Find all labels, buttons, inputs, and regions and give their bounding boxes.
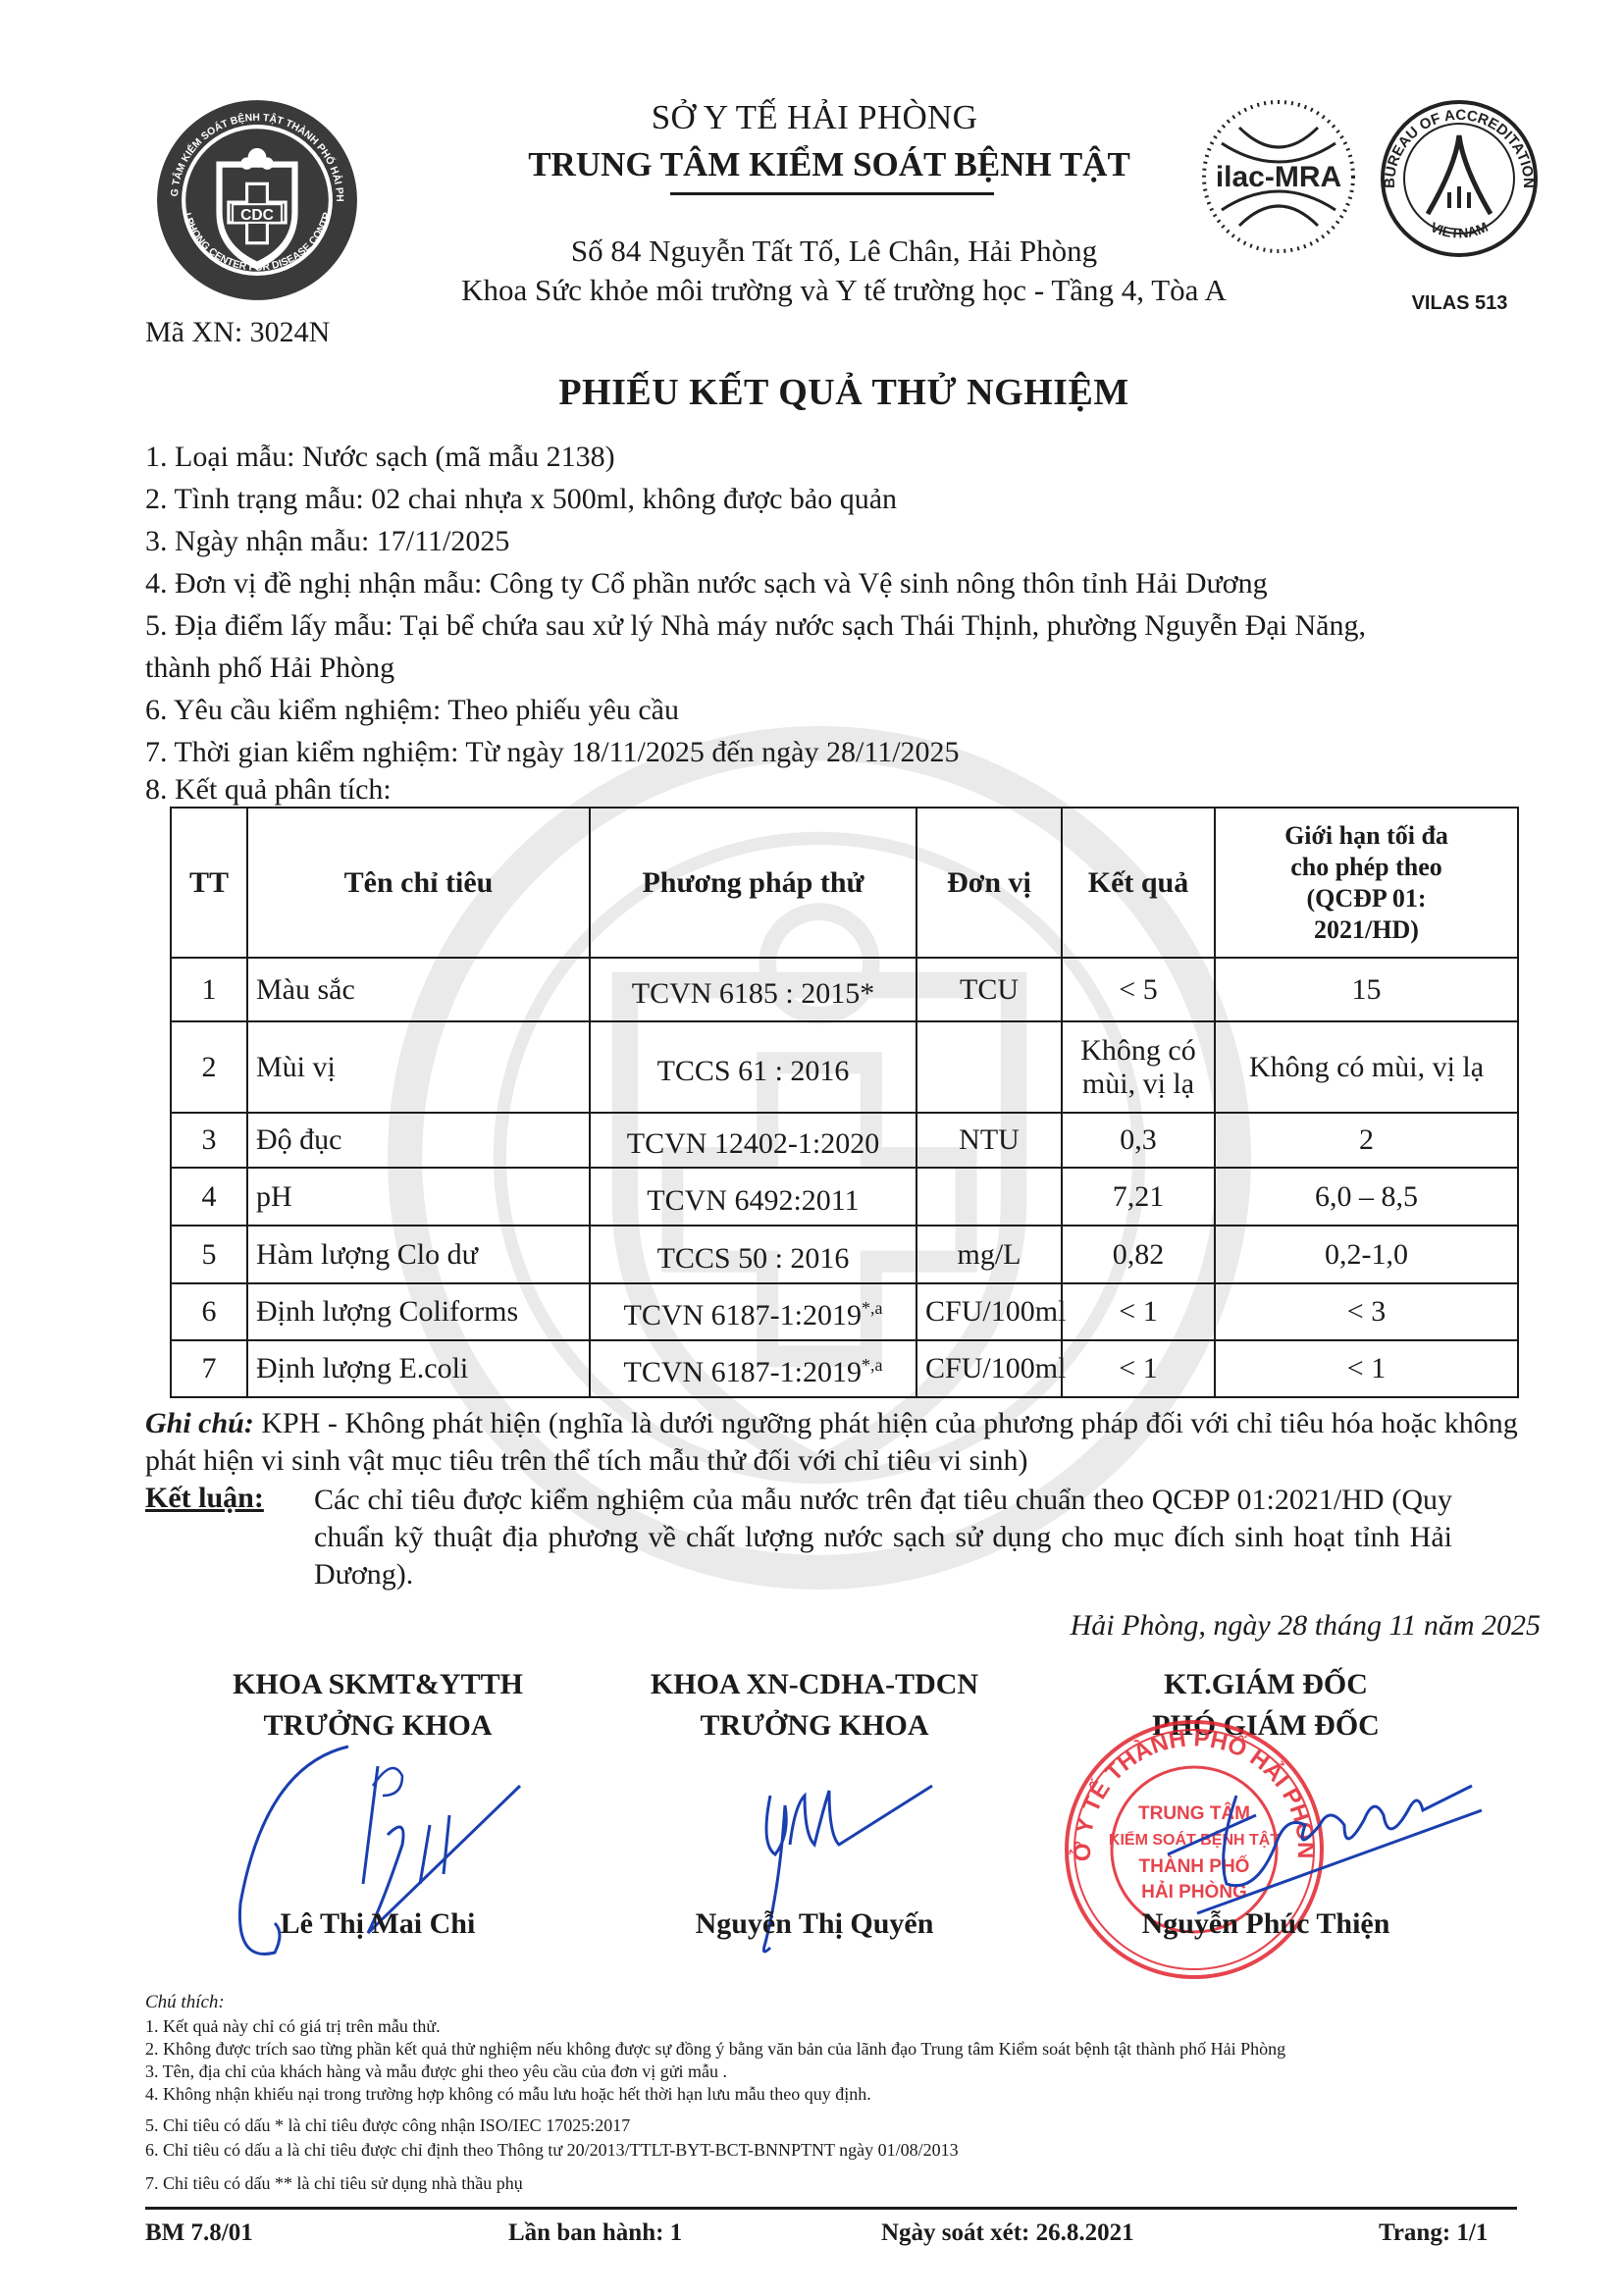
footer-divider — [145, 2207, 1517, 2210]
ilac-mra-logo-icon: ilac-MRA — [1200, 98, 1357, 255]
cell-limit: 2 — [1215, 1113, 1518, 1168]
results-table: TT Tên chỉ tiêu Phương pháp thử Đơn vị K… — [170, 807, 1519, 1398]
cell-tt: 5 — [171, 1226, 247, 1283]
cell-name: pH — [247, 1168, 590, 1226]
cell-method: TCCS 50 : 2016 — [590, 1226, 916, 1283]
boa-accreditation-logo-icon: BUREAU OF ACCREDITATION VIETNAM — [1379, 98, 1541, 265]
footer-review-date: Ngày soát xét: 26.8.2021 — [881, 2219, 1134, 2247]
vilas-number: VILAS 513 — [1374, 292, 1545, 315]
cell-result: < 1 — [1062, 1283, 1215, 1340]
cell-name: Màu sắc — [247, 958, 590, 1021]
cell-method: TCVN 6187-1:2019*,a — [590, 1340, 916, 1397]
col-header-limit: Giới hạn tối đa cho phép theo (QCĐP 01: … — [1215, 808, 1518, 958]
footer-page: Trang: 1/1 — [1379, 2219, 1488, 2247]
svg-text:CDC: CDC — [240, 207, 274, 224]
info-requesting-unit: 4. Đơn vị đề nghị nhận mẫu: Công ty Cổ p… — [145, 566, 1268, 601]
parent-organization: SỞ Y TẾ HẢI PHÒNG — [510, 98, 1119, 137]
cell-unit: TCU — [916, 958, 1062, 1021]
signatory-2-name: Nguyễn Thị Quyến — [599, 1907, 1030, 1941]
method-text: TCCS 61 : 2016 — [657, 1055, 850, 1087]
cell-tt: 3 — [171, 1113, 247, 1168]
official-red-seal-icon: SỞ Y TẾ THÀNH PHỐ HẢI PHÒNG TRUNG TÂM KI… — [1062, 1717, 1327, 1982]
note: Ghi chú: KPH - Không phát hiện (nghĩa là… — [145, 1405, 1519, 1480]
cell-limit: Không có mùi, vị lạ — [1215, 1021, 1518, 1113]
cell-tt: 1 — [171, 958, 247, 1021]
table-row: 1Màu sắcTCVN 6185 : 2015*TCU< 515 — [171, 958, 1518, 1021]
cell-tt: 7 — [171, 1340, 247, 1397]
signatory-dept: KHOA SKMT&YTTH — [162, 1664, 594, 1705]
cell-tt: 6 — [171, 1283, 247, 1340]
cell-method: TCVN 6187-1:2019*,a — [590, 1283, 916, 1340]
cell-tt: 2 — [171, 1021, 247, 1113]
cell-result: 0,3 — [1062, 1113, 1215, 1168]
cell-method: TCVN 12402-1:2020 — [590, 1113, 916, 1168]
signatory-role: TRƯỞNG KHOA — [162, 1705, 594, 1747]
footnotes-title: Chú thích: — [145, 1992, 225, 2013]
info-sampling-location: 5. Địa điểm lấy mẫu: Tại bể chứa sau xử … — [145, 608, 1366, 644]
signatory-dept: KHOA XN-CDHA-TDCN — [599, 1664, 1030, 1705]
cell-result: 0,82 — [1062, 1226, 1215, 1283]
cell-name: Định lượng E.coli — [247, 1340, 590, 1397]
footnote-item: 3. Tên, địa chỉ của khách hàng và mẫu đư… — [145, 2061, 727, 2082]
table-row: 7Định lượng E.coliTCVN 6187-1:2019*,aCFU… — [171, 1340, 1518, 1397]
table-header-row: TT Tên chỉ tiêu Phương pháp thử Đơn vị K… — [171, 808, 1518, 958]
cell-result: < 5 — [1062, 958, 1215, 1021]
info-receipt-date: 3. Ngày nhận mẫu: 17/11/2025 — [145, 524, 509, 559]
limit-header-line: cho phép theo — [1224, 852, 1509, 883]
sample-code: Mã XN: 3024N — [145, 316, 330, 349]
cell-unit: mg/L — [916, 1226, 1062, 1283]
table-row: 4pHTCVN 6492:20117,216,0 – 8,5 — [171, 1168, 1518, 1226]
cell-name: Định lượng Coliforms — [247, 1283, 590, 1340]
info-test-period: 7. Thời gian kiểm nghiệm: Từ ngày 18/11/… — [145, 735, 960, 770]
limit-header-line: 2021/HD) — [1224, 914, 1509, 946]
info-sampling-location-cont: thành phố Hải Phòng — [145, 651, 394, 686]
col-header-method: Phương pháp thử — [590, 808, 916, 958]
conclusion-label: Kết luận: — [145, 1482, 264, 1515]
svg-text:HẢI PHÒNG: HẢI PHÒNG — [1141, 1881, 1247, 1903]
table-body: 1Màu sắcTCVN 6185 : 2015*TCU< 5152Mùi vị… — [171, 958, 1518, 1397]
cell-tt: 4 — [171, 1168, 247, 1226]
cell-limit: 15 — [1215, 958, 1518, 1021]
cell-name: Độ đục — [247, 1113, 590, 1168]
svg-text:ilac-MRA: ilac-MRA — [1216, 161, 1341, 193]
signatory-dept: KT.GIÁM ĐỐC — [1050, 1664, 1482, 1705]
table-row: 5Hàm lượng Clo dưTCCS 50 : 2016mg/L0,820… — [171, 1226, 1518, 1283]
limit-header-line: Giới hạn tối đa — [1224, 820, 1509, 852]
cell-result: < 1 — [1062, 1340, 1215, 1397]
cell-result: 7,21 — [1062, 1168, 1215, 1226]
cell-limit: 0,2-1,0 — [1215, 1226, 1518, 1283]
svg-text:KIỂM SOÁT BỆNH TẬT: KIỂM SOÁT BỆNH TẬT — [1109, 1830, 1280, 1849]
footer-edition: Lần ban hành: 1 — [508, 2219, 682, 2247]
cell-unit — [916, 1021, 1062, 1113]
svg-text:TRUNG TÂM: TRUNG TÂM — [1138, 1802, 1250, 1824]
cell-unit: CFU/100ml — [916, 1283, 1062, 1340]
cell-name: Mùi vị — [247, 1021, 590, 1113]
conclusion-text: Các chỉ tiêu được kiểm nghiệm của mẫu nư… — [314, 1482, 1452, 1593]
footnote-item: 2. Không được trích sao từng phần kết qu… — [145, 2038, 1285, 2060]
col-header-result: Kết quả — [1062, 808, 1215, 958]
method-superscript: *,a — [862, 1355, 883, 1375]
cell-limit: 6,0 – 8,5 — [1215, 1168, 1518, 1226]
signatory-2-title: KHOA XN-CDHA-TDCN TRƯỞNG KHOA — [599, 1664, 1030, 1747]
info-results-heading: 8. Kết quả phân tích: — [145, 772, 392, 808]
cell-name: Hàm lượng Clo dư — [247, 1226, 590, 1283]
method-text: TCVN 6185 : 2015* — [632, 977, 875, 1010]
signing-date: Hải Phòng, ngày 28 tháng 11 năm 2025 — [883, 1609, 1541, 1643]
method-text: TCVN 6187-1:2019 — [624, 1299, 863, 1331]
info-sample-type: 1. Loại mẫu: Nước sạch (mã mẫu 2138) — [145, 440, 615, 475]
cell-limit: < 1 — [1215, 1340, 1518, 1397]
method-text: TCVN 12402-1:2020 — [627, 1127, 880, 1160]
cell-unit: CFU/100ml — [916, 1340, 1062, 1397]
organization-address: Số 84 Nguyễn Tất Tố, Lê Chân, Hải Phòng — [461, 234, 1207, 269]
signatory-1-name: Lê Thị Mai Chi — [162, 1907, 594, 1941]
col-header-name: Tên chỉ tiêu — [247, 808, 590, 958]
cell-method: TCCS 61 : 2016 — [590, 1021, 916, 1113]
cell-method: TCVN 6492:2011 — [590, 1168, 916, 1226]
cdc-shield-logo-icon: CDC TRUNG TÂM KIỂM SOÁT BỆNH TẬT THÀNH P… — [155, 98, 359, 302]
method-text: TCVN 6492:2011 — [647, 1184, 859, 1217]
document-title: PHIẾU KẾT QUẢ THỬ NGHIỆM — [294, 371, 1393, 414]
cell-unit: NTU — [916, 1113, 1062, 1168]
info-sample-condition: 2. Tình trạng mẫu: 02 chai nhựa x 500ml,… — [145, 482, 897, 517]
signatory-1-title: KHOA SKMT&YTTH TRƯỞNG KHOA — [162, 1664, 594, 1747]
footnote-item: 7. Chỉ tiêu có dấu ** là chỉ tiêu sử dụn… — [145, 2172, 523, 2194]
footer-form-code: BM 7.8/01 — [145, 2219, 253, 2247]
table-row: 2Mùi vịTCCS 61 : 2016Không có mùi, vị lạ… — [171, 1021, 1518, 1113]
cell-unit — [916, 1168, 1062, 1226]
footnote-item: 1. Kết quả này chỉ có giá trị trên mẫu t… — [145, 2015, 441, 2037]
department-line: Khoa Sức khỏe môi trường và Y tế trường … — [373, 273, 1315, 308]
method-superscript: *,a — [862, 1298, 883, 1318]
footnote-item: 5. Chỉ tiêu có dấu * là chỉ tiêu được cô… — [145, 2114, 630, 2136]
table-row: 6Định lượng ColiformsTCVN 6187-1:2019*,a… — [171, 1283, 1518, 1340]
cell-result: Không có mùi, vị lạ — [1062, 1021, 1215, 1113]
signatory-3-name: Nguyễn Phúc Thiện — [1050, 1907, 1482, 1941]
footnote-item: 6. Chỉ tiêu có dấu a là chỉ tiêu được ch… — [145, 2139, 959, 2161]
footnote-item: 4. Không nhận khiếu nại trong trường hợp… — [145, 2083, 871, 2105]
title-underline — [670, 192, 994, 195]
method-text: TCVN 6187-1:2019 — [624, 1356, 863, 1388]
col-header-unit: Đơn vị — [916, 808, 1062, 958]
limit-header-line: (QCĐP 01: — [1224, 883, 1509, 914]
svg-text:VIETNAM: VIETNAM — [1428, 219, 1490, 241]
method-text: TCCS 50 : 2016 — [657, 1242, 850, 1275]
svg-text:THÀNH PHỐ: THÀNH PHỐ — [1139, 1855, 1250, 1877]
info-test-request: 6. Yêu cầu kiểm nghiệm: Theo phiếu yêu c… — [145, 693, 679, 728]
organization-name: TRUNG TÂM KIỂM SOÁT BỆNH TẬT — [461, 145, 1197, 184]
col-header-tt: TT — [171, 808, 247, 958]
signatory-role: TRƯỞNG KHOA — [599, 1705, 1030, 1747]
cell-limit: < 3 — [1215, 1283, 1518, 1340]
cell-method: TCVN 6185 : 2015* — [590, 958, 916, 1021]
note-label: Ghi chú: — [145, 1407, 254, 1439]
note-text: KPH - Không phát hiện (nghĩa là dưới ngư… — [145, 1407, 1518, 1477]
table-row: 3Độ đụcTCVN 12402-1:2020NTU0,32 — [171, 1113, 1518, 1168]
